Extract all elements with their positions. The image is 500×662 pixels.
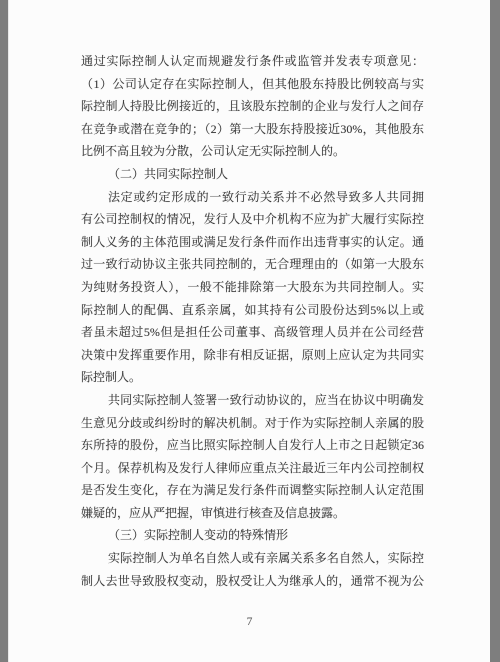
document-line: 制人义务的主体范围或满足发行条件而作出违背事实的认定。通 [81, 231, 424, 254]
document-line: 比例不高且较为分散，公司认定无实际控制人的。 [81, 140, 424, 163]
document-line: 为纯财务投资人），一般不能排除第一大股东为共同控制人。实 [81, 276, 424, 299]
document-line: 过一致行动协议主张共同控制的，无合理理由的（如第一大股东 [81, 253, 424, 276]
document-line: 有公司控制权的情况，发行人及中介机构不应为扩大履行实际控 [81, 208, 424, 231]
section-heading: （三）实际控制人变动的特殊情形 [81, 524, 424, 547]
document-line: 生意见分歧或纠纷时的解决机制。对于作为实际控制人亲属的股 [81, 412, 424, 435]
document-line: 嫌疑的，应从严把握，审慎进行核查及信息披露。 [81, 502, 424, 525]
document-line: （1）公司认定存在实际控制人，但其他股东持股比例较高与实 [81, 73, 424, 96]
document-line: 者虽未超过5%但是担任公司董事、高级管理人员并在公司经营 [81, 321, 424, 344]
document-line: 共同实际控制人签署一致行动协议的，应当在协议中明确发 [81, 389, 424, 412]
document-line: 决策中发挥重要作用，除非有相反证据，原则上应认定为共同实 [81, 344, 424, 367]
document-line: 制人去世导致股权变动，股权受让人为继承人的，通常不视为公 [81, 570, 424, 593]
document-line: 际控制人持股比例接近的，且该股东控制的企业与发行人之间存 [81, 95, 424, 118]
page-number: 7 [9, 612, 490, 632]
section-heading: （二）共同实际控制人 [81, 163, 424, 186]
document-line: 际控制人的配偶、直系亲属，如其持有公司股份达到5%以上或 [81, 299, 424, 322]
document-line: 法定或约定形成的一致行动关系并不必然导致多人共同拥 [81, 186, 424, 209]
document-line: 实际控制人为单名自然人或有亲属关系多名自然人，实际控 [81, 547, 424, 570]
document-line: 在竞争或潜在竞争的；（2）第一大股东持股接近30%，其他股东 [81, 118, 424, 141]
document-line: 通过实际控制人认定而规避发行条件或监管并发表专项意见： [81, 50, 424, 73]
document-line: 东所持的股份，应当比照实际控制人自发行人上市之日起锁定36 [81, 434, 424, 457]
document-page: 通过实际控制人认定而规避发行条件或监管并发表专项意见： （1）公司认定存在实际控… [8, 0, 490, 662]
document-line: 际控制人。 [81, 366, 424, 389]
document-line: 是否发生变化，存在为满足发行条件而调整实际控制人认定范围 [81, 479, 424, 502]
document-line: 个月。保荐机构及发行人律师应重点关注最近三年内公司控制权 [81, 457, 424, 480]
viewer-background: { "viewer": { "background_color": "#7e7e… [0, 0, 500, 662]
document-text: 通过实际控制人认定而规避发行条件或监管并发表专项意见： （1）公司认定存在实际控… [81, 50, 424, 592]
